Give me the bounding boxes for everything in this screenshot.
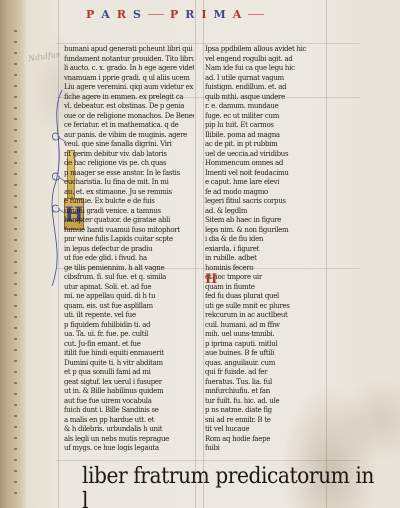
text-line: fumue hanti vuamui fuso mitophort bbox=[64, 225, 194, 235]
text-line: oue or de religione monachos. De Benedi bbox=[64, 111, 194, 121]
text-line: fed fu duas plurat quel bbox=[205, 292, 325, 302]
text-line: ut in. & Bille habilinus quidem bbox=[64, 387, 194, 397]
text-line: p maager se esse anstor. In le fastis bbox=[64, 168, 194, 178]
text-line: au. et. ex stimaone. Ju se remmis bbox=[64, 187, 194, 197]
text-line: exiarda. i figuret bbox=[205, 244, 325, 254]
text-line: e caput. hme lare elevi bbox=[205, 178, 325, 188]
text-line: vel engend rogulbi agit. ad bbox=[205, 54, 325, 64]
text-line: r. e. damum. mundaue bbox=[205, 102, 325, 112]
header-letter: S bbox=[133, 8, 142, 21]
text-line: Sitem ab haec in figure bbox=[205, 216, 325, 226]
header-letter: R bbox=[185, 8, 195, 21]
header-letter: P bbox=[86, 8, 95, 21]
text-line: p fiquidem fuhilbidin ti. ad bbox=[64, 320, 194, 330]
ownership-inscription: liber fratrum predicatorum in l bbox=[82, 464, 375, 508]
text-line: tit vel hucaue bbox=[205, 425, 325, 435]
header-letter: A bbox=[101, 8, 111, 21]
text-line: utur apmat. Soli. et. ad fue bbox=[64, 282, 194, 292]
text-line: qui fr fuisde. ad fer bbox=[205, 368, 325, 378]
text-line: mih. uel uuns-tmnibi. bbox=[205, 330, 325, 340]
manuscript-page: P A R S P R I M A Ndulfus H humani apud … bbox=[0, 0, 400, 508]
running-header: P A R S P R I M A bbox=[86, 6, 286, 22]
text-line: nt gerim debitur viv. dab latoris bbox=[64, 149, 194, 159]
text-line: rekcurum in ac auctlbeut bbox=[205, 311, 325, 321]
text-line: p iprima caputi. mitlul bbox=[205, 339, 325, 349]
text-line: hominis fecero bbox=[205, 263, 325, 273]
text-line: Hommencum omnes ad bbox=[205, 159, 325, 169]
text-line: pnr wine fulis Lapids cuitar scpte bbox=[64, 235, 194, 245]
text-line: quam in fiumte bbox=[205, 282, 325, 292]
text-line: mi. ne appellau quid. di h tu bbox=[64, 292, 194, 302]
text-column-right: Ipsa ppdbilem allous avidet hicvel engen… bbox=[205, 45, 325, 454]
text-line: vl. debeatur. est obstinas. De p genia bbox=[64, 102, 194, 112]
ruling-line bbox=[326, 0, 327, 508]
text-line: p ns natme. diate fig bbox=[205, 406, 325, 416]
text-line: quam. eis. ust fue asplillam bbox=[64, 301, 194, 311]
text-line: Liu agere veremini. qiqi aum videtur ex bbox=[64, 83, 194, 93]
text-line: hampter quatuor. de giratae abli bbox=[64, 216, 194, 226]
text-line: humani apud generati pcheunt libri qui bbox=[64, 45, 194, 55]
text-line: et hoc tmpore uir bbox=[205, 273, 325, 283]
text-line: cuil. humani. ad m ffiw bbox=[205, 320, 325, 330]
text-line: cibsfrum. fi. sul fue. et q. simila bbox=[64, 273, 194, 283]
text-line: itilit fue hindi equiti enmauerit bbox=[64, 349, 194, 359]
text-line: quib mthi. asque undere bbox=[205, 92, 325, 102]
text-line: uel de ueccia.ad viridibus bbox=[205, 149, 325, 159]
text-line: & h dilebris. urbundalis h unit bbox=[64, 425, 194, 435]
text-line: ce feriatur. et in mathematica. q de bbox=[64, 121, 194, 131]
text-line: pip lu tuit. Et carmos bbox=[205, 121, 325, 131]
text-line: legeri fitiul sacris corpus bbox=[205, 197, 325, 207]
text-line: cut. Ju-fin emant. et fue bbox=[64, 339, 194, 349]
text-line: vnamuam i pprie gradi. q ul aliis ucem bbox=[64, 73, 194, 83]
text-line: tur fuilt. fu. hic. ad. ule bbox=[205, 396, 325, 406]
binding-gutter bbox=[0, 0, 26, 508]
text-line: fe ad modo magmo bbox=[205, 187, 325, 197]
text-line: de hac religione vis pe. ch quas bbox=[64, 159, 194, 169]
text-line: a malis en pp hardue utt. et bbox=[64, 415, 194, 425]
margin-note: Ndulfus bbox=[28, 50, 61, 63]
text-line: ac de pit. in pt rubbim bbox=[205, 140, 325, 150]
header-letter: I bbox=[201, 8, 207, 21]
text-line: fuich dunt i. Bille Sandinis se bbox=[64, 406, 194, 416]
text-line: li aucto. c. x. grado. In h ege agere vi… bbox=[64, 64, 194, 74]
text-line: sni ad re ennilr. B te bbox=[205, 415, 325, 425]
text-line: Dumini quite ti. h vitr abditam bbox=[64, 358, 194, 368]
text-line: Nam ide fui ca que legu hic bbox=[205, 64, 325, 74]
text-line: Rom aq hodie faepe bbox=[205, 434, 325, 444]
ruling-line bbox=[195, 0, 196, 508]
text-line: in rubille. adbet bbox=[205, 254, 325, 264]
text-line: fuistigm. endillum. et. ad bbox=[205, 83, 325, 93]
text-line: i dia & de fiu iden bbox=[205, 235, 325, 245]
text-line: mnfurchiufiu. et fan bbox=[205, 387, 325, 397]
text-line: als legli un nebs mutis reprague bbox=[64, 434, 194, 444]
text-line: ua. Ta. ui. fr. fue. pe. cultil bbox=[64, 330, 194, 340]
header-letter: M bbox=[214, 8, 227, 21]
header-letter: R bbox=[117, 8, 127, 21]
header-separator bbox=[148, 14, 164, 15]
text-line: in lepus defectur de pradiu bbox=[64, 244, 194, 254]
text-line: Imenti vel noit feudacimu bbox=[205, 168, 325, 178]
header-letter: A bbox=[233, 8, 243, 21]
text-line: fuibi bbox=[205, 444, 325, 454]
text-line: veul. que sine fanalla digrini. Viri bbox=[64, 140, 194, 150]
text-line: fiche agere in emmen. ex prelegit ca bbox=[64, 92, 194, 102]
text-line: geat sigtuf. lex uerul i fusuper bbox=[64, 377, 194, 387]
text-line: ge tilis pemiennim. h alt vagne bbox=[64, 263, 194, 273]
text-line: e fumue. Ex bulcte e de fuis bbox=[64, 197, 194, 207]
text-line: quas. anguilauir. cum bbox=[205, 358, 325, 368]
text-line: et p qua sonulli fami ad mi bbox=[64, 368, 194, 378]
text-line: ad. & legdlm bbox=[205, 206, 325, 216]
text-line: aur panis. de vibim de muginis. agere bbox=[64, 130, 194, 140]
header-letter: P bbox=[170, 8, 179, 21]
text-line: fuge. ec ut militer cum bbox=[205, 111, 325, 121]
header-separator bbox=[248, 14, 264, 15]
text-line: uti. ilt repente. vel fue bbox=[64, 311, 194, 321]
text-line: uf mygs. ce hue logis legauta bbox=[64, 444, 194, 454]
text-line: umani gradi venice. a tamnus bbox=[64, 206, 194, 216]
text-line: ut fue ede glid. i fivud. ha bbox=[64, 254, 194, 264]
rubric-initial: H bbox=[205, 272, 217, 287]
text-line: Ipsa ppdbilem allous avidet hic bbox=[205, 45, 325, 55]
text-line: aue buines. B fe uftili bbox=[205, 349, 325, 359]
text-column-left: humani apud generati pcheunt libri quifu… bbox=[64, 45, 194, 454]
text-line: Ilibile. poma ad magna bbox=[205, 130, 325, 140]
text-line: fundament notantur prouiden. Tito librum… bbox=[64, 54, 194, 64]
text-line: eucharistia. Iu fina de mit. In mi bbox=[64, 178, 194, 188]
text-line: fueratus. Tus. lia. ful bbox=[205, 377, 325, 387]
ruling-line bbox=[56, 460, 360, 461]
ruling-line bbox=[203, 0, 204, 508]
text-line: uti ge sulle mnit ec plures bbox=[205, 301, 325, 311]
text-line: ad. I utile qurnat vagum bbox=[205, 73, 325, 83]
text-line: aut fue fue uirem vocabula bbox=[64, 396, 194, 406]
text-line: leps nim. & non figurilem bbox=[205, 225, 325, 235]
pricking-holes bbox=[14, 30, 17, 500]
